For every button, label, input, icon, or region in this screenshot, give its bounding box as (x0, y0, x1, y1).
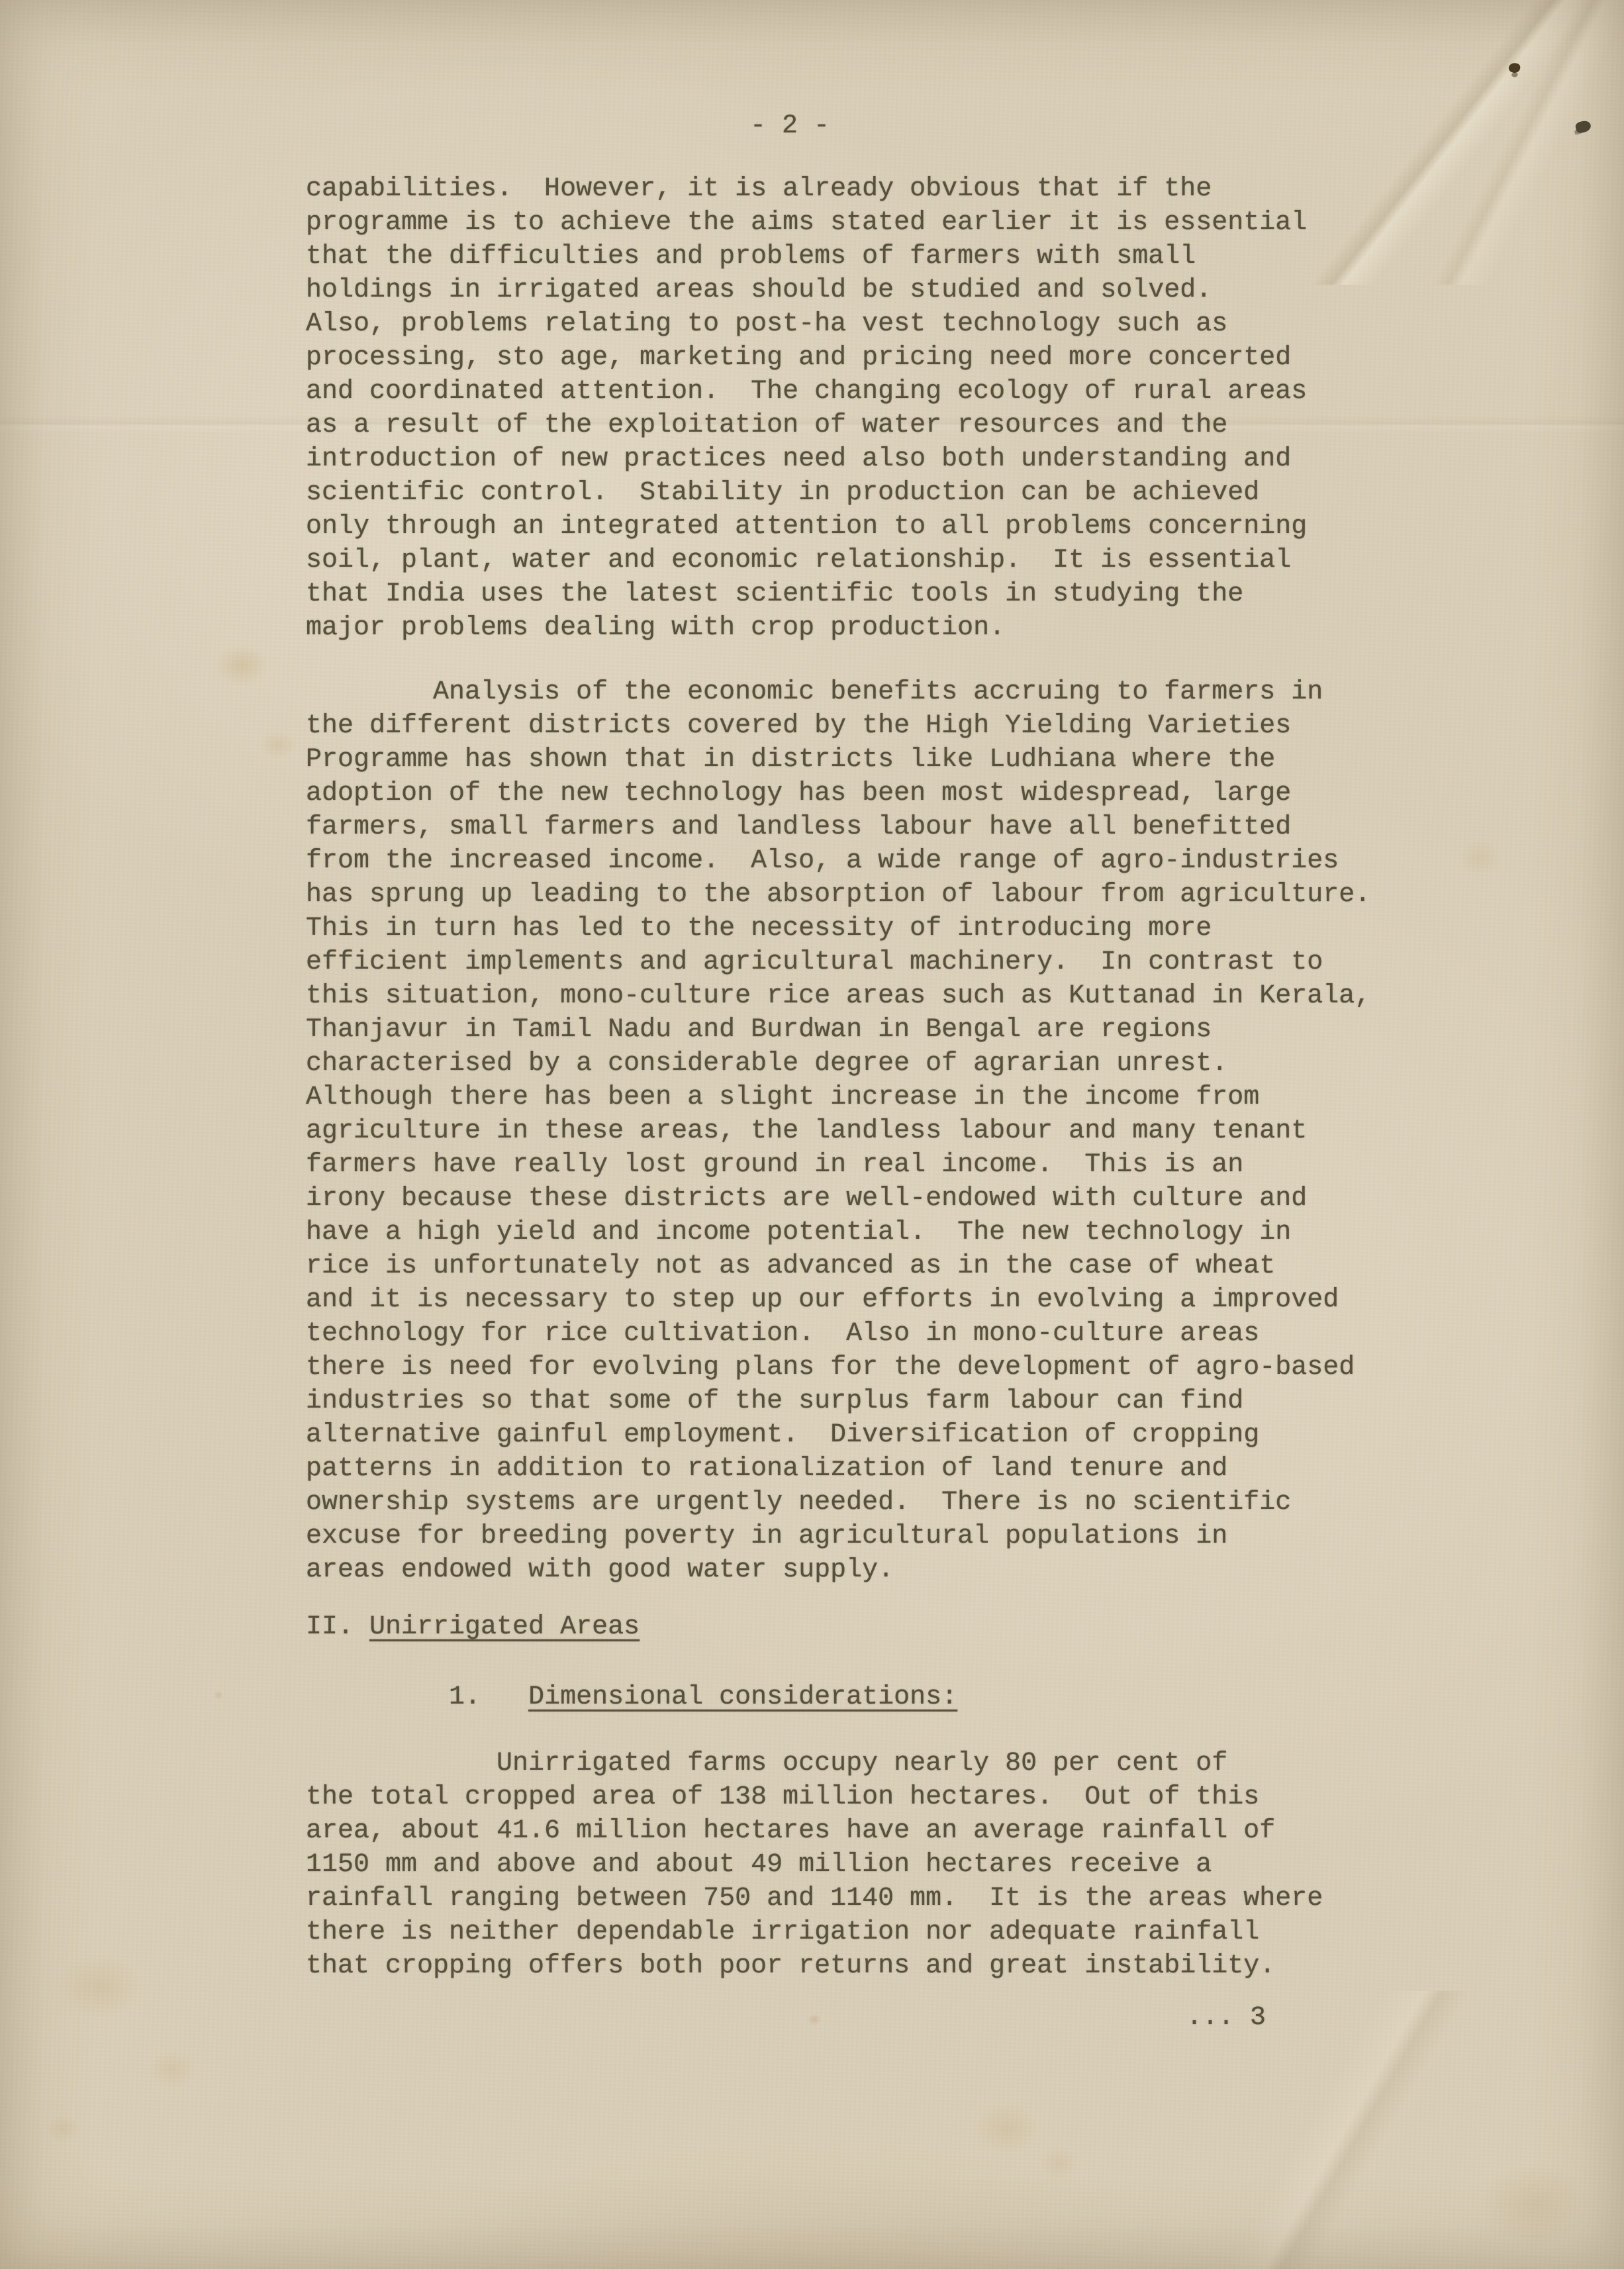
paragraph-irrigated-area-problems: capabilities. However, it is already obv… (306, 172, 1307, 645)
page-continuation-marker: ... 3 (1186, 2001, 1266, 2035)
paragraph-economic-benefits-analysis: Analysis of the economic benefits accrui… (306, 675, 1370, 1587)
subsection-number: 1. (306, 1682, 528, 1712)
typed-text-layer: - 2 - capabilities. However, it is alrea… (0, 0, 1624, 2269)
paragraph-unirrigated-farms-dimensions: Unirrigated farms occupy nearly 80 per c… (306, 1747, 1323, 1983)
subsection-title: Dimensional considerations: (528, 1682, 957, 1712)
document-page-scan: - 2 - capabilities. However, it is alrea… (0, 0, 1624, 2269)
section-heading-unirrigated-areas: II. Unirrigated Areas (306, 1610, 640, 1644)
section-number: II. (306, 1612, 369, 1642)
section-title: Unirrigated Areas (369, 1612, 640, 1642)
page-number: - 2 - (750, 109, 830, 143)
subsection-heading-dimensional-considerations: 1. Dimensional considerations: (306, 1680, 957, 1714)
